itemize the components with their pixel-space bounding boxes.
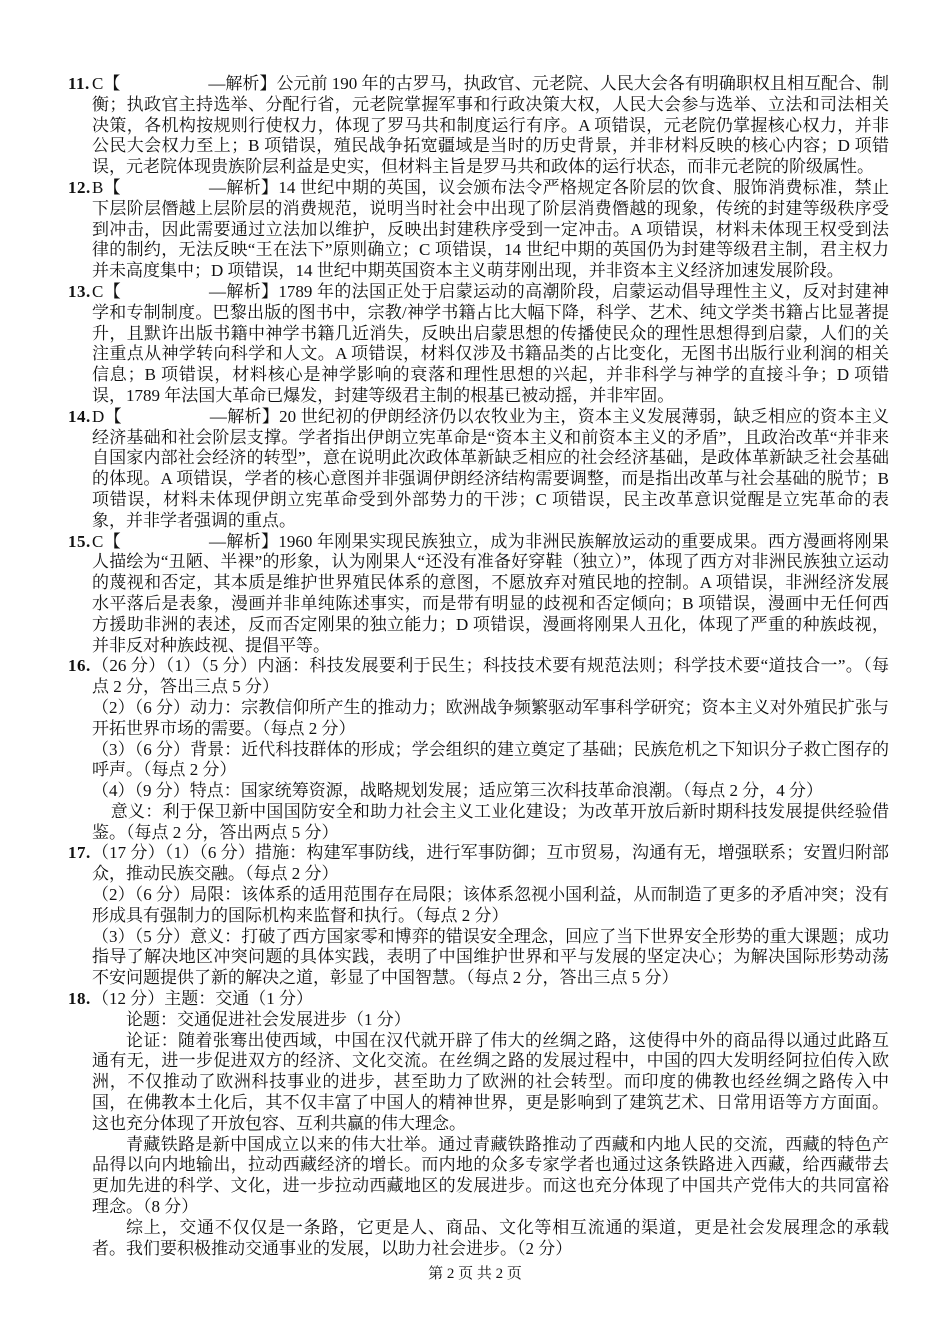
answer-sheet-page: 11.C【—解析】公元前 190 年的古罗马，执政官、元老院、人民大会各有明确职… xyxy=(0,0,950,1344)
jiexi-label: —解析】 xyxy=(209,532,278,551)
answer-paragraph: 综上，交通不仅仅是一条路，它更是人、商品、文化等相互流通的渠道，更是社会发展理念… xyxy=(92,1218,889,1260)
answer-paragraph: 论题：交通促进社会发展进步（1 分） xyxy=(92,1010,889,1031)
answer-paragraph: （17 分）（1）（6 分）措施：构建军事防线，进行军事防御；互市贸易，沟通有无… xyxy=(92,843,889,885)
redacted-gap xyxy=(121,192,209,193)
question-number: 13. xyxy=(68,282,91,303)
question-number: 16. xyxy=(68,656,91,677)
question-number: 11. xyxy=(68,74,90,95)
answer-item-12: 12.B【—解析】14 世纪中期的英国，议会颁布法令严格规定各阶层的饮食、服饰消… xyxy=(68,178,889,282)
answer-paragraph: （4）（9 分）特点：国家统筹资源，战略规划发展；适应第三次科技革命浪潮。（每点… xyxy=(92,781,889,802)
page-footer: 第 2 页 共 2 页 xyxy=(0,1262,950,1283)
redacted-gap xyxy=(121,296,209,297)
answer-item-14: 14.D【—解析】20 世纪初的伊朗经济仍以农牧业为主，资本主义发展薄弱，缺乏相… xyxy=(68,407,889,532)
answer-content: 11.C【—解析】公元前 190 年的古罗马，执政官、元老院、人民大会各有明确职… xyxy=(68,74,889,1259)
answer-paragraph: （3）（5 分）意义：打破了西方国家零和博弈的错误安全理念，回应了当下世界安全形… xyxy=(92,927,889,989)
jiexi-label: —解析】 xyxy=(208,74,276,93)
redacted-gap xyxy=(120,88,208,89)
answer-item-17: 17. （17 分）（1）（6 分）措施：构建军事防线，进行军事防御；互市贸易，… xyxy=(68,843,889,989)
answer-item-16: 16. （26 分）（1）（5 分）内涵：科技发展要利于民生；科技技术要有规范法… xyxy=(68,656,889,843)
question-number: 14. xyxy=(68,407,91,428)
answer-item-18: 18. （12 分）主题：交通（1 分） 论题：交通促进社会发展进步（1 分） … xyxy=(68,989,889,1259)
answer-item-15: 15.C【—解析】1960 年刚果实现民族独立，成为非洲民族解放运动的重要成果。… xyxy=(68,532,889,657)
question-number: 12. xyxy=(68,178,91,199)
bracket-open: 【 xyxy=(103,74,120,93)
bracket-open: 【 xyxy=(103,532,121,551)
redacted-gap xyxy=(122,421,210,422)
question-number: 18. xyxy=(68,989,91,1010)
redacted-gap xyxy=(121,546,209,547)
answer-letter: C xyxy=(92,532,103,551)
answer-item-13: 13.C【—解析】1789 年的法国正处于启蒙运动的高潮阶段，启蒙运动倡导理性主… xyxy=(68,282,889,407)
jiexi-label: —解析】 xyxy=(209,282,278,301)
answer-paragraph: 意义：利于保卫新中国国防安全和助力社会主义工业化建设；为改革开放后新时期科技发展… xyxy=(92,802,889,844)
answer-letter: B xyxy=(92,178,103,197)
question-number: 17. xyxy=(68,843,91,864)
question-number: 15. xyxy=(68,532,91,553)
answer-paragraph: （2）（6 分）动力：宗教信仰所产生的推动力；欧洲战争频繁驱动军事科学研究；资本… xyxy=(92,698,889,740)
bracket-open: 【 xyxy=(103,178,121,197)
jiexi-label: —解析】 xyxy=(209,178,278,197)
answer-paragraph: （2）（6 分）局限：该体系的适用范围存在局限；该体系忽视小国利益，从而制造了更… xyxy=(92,885,889,927)
bracket-open: 【 xyxy=(104,407,122,426)
answer-paragraph: （26 分）（1）（5 分）内涵：科技发展要利于民生；科技技术要有规范法则；科学… xyxy=(92,656,889,698)
answer-letter: C xyxy=(92,282,103,301)
answer-letter: C xyxy=(92,74,103,93)
page-indicator: 第 2 页 共 2 页 xyxy=(428,1266,522,1282)
answer-paragraph: （3）（6 分）背景：近代科技群体的形成；学会组织的建立奠定了基础；民族危机之下… xyxy=(92,740,889,782)
answer-paragraph: 论证：随着张骞出使西域，中国在汉代就开辟了伟大的丝绸之路，这使得中外的商品得以通… xyxy=(92,1031,889,1135)
bracket-open: 【 xyxy=(103,282,121,301)
answer-paragraph: （12 分）主题：交通（1 分） xyxy=(92,989,889,1010)
answer-letter: D xyxy=(92,407,104,426)
answer-paragraph: 青藏铁路是新中国成立以来的伟大壮举。通过青藏铁路推动了西藏和内地人民的交流，西藏… xyxy=(92,1135,889,1218)
answer-item-11: 11.C【—解析】公元前 190 年的古罗马，执政官、元老院、人民大会各有明确职… xyxy=(68,74,889,178)
jiexi-label: —解析】 xyxy=(210,407,279,426)
